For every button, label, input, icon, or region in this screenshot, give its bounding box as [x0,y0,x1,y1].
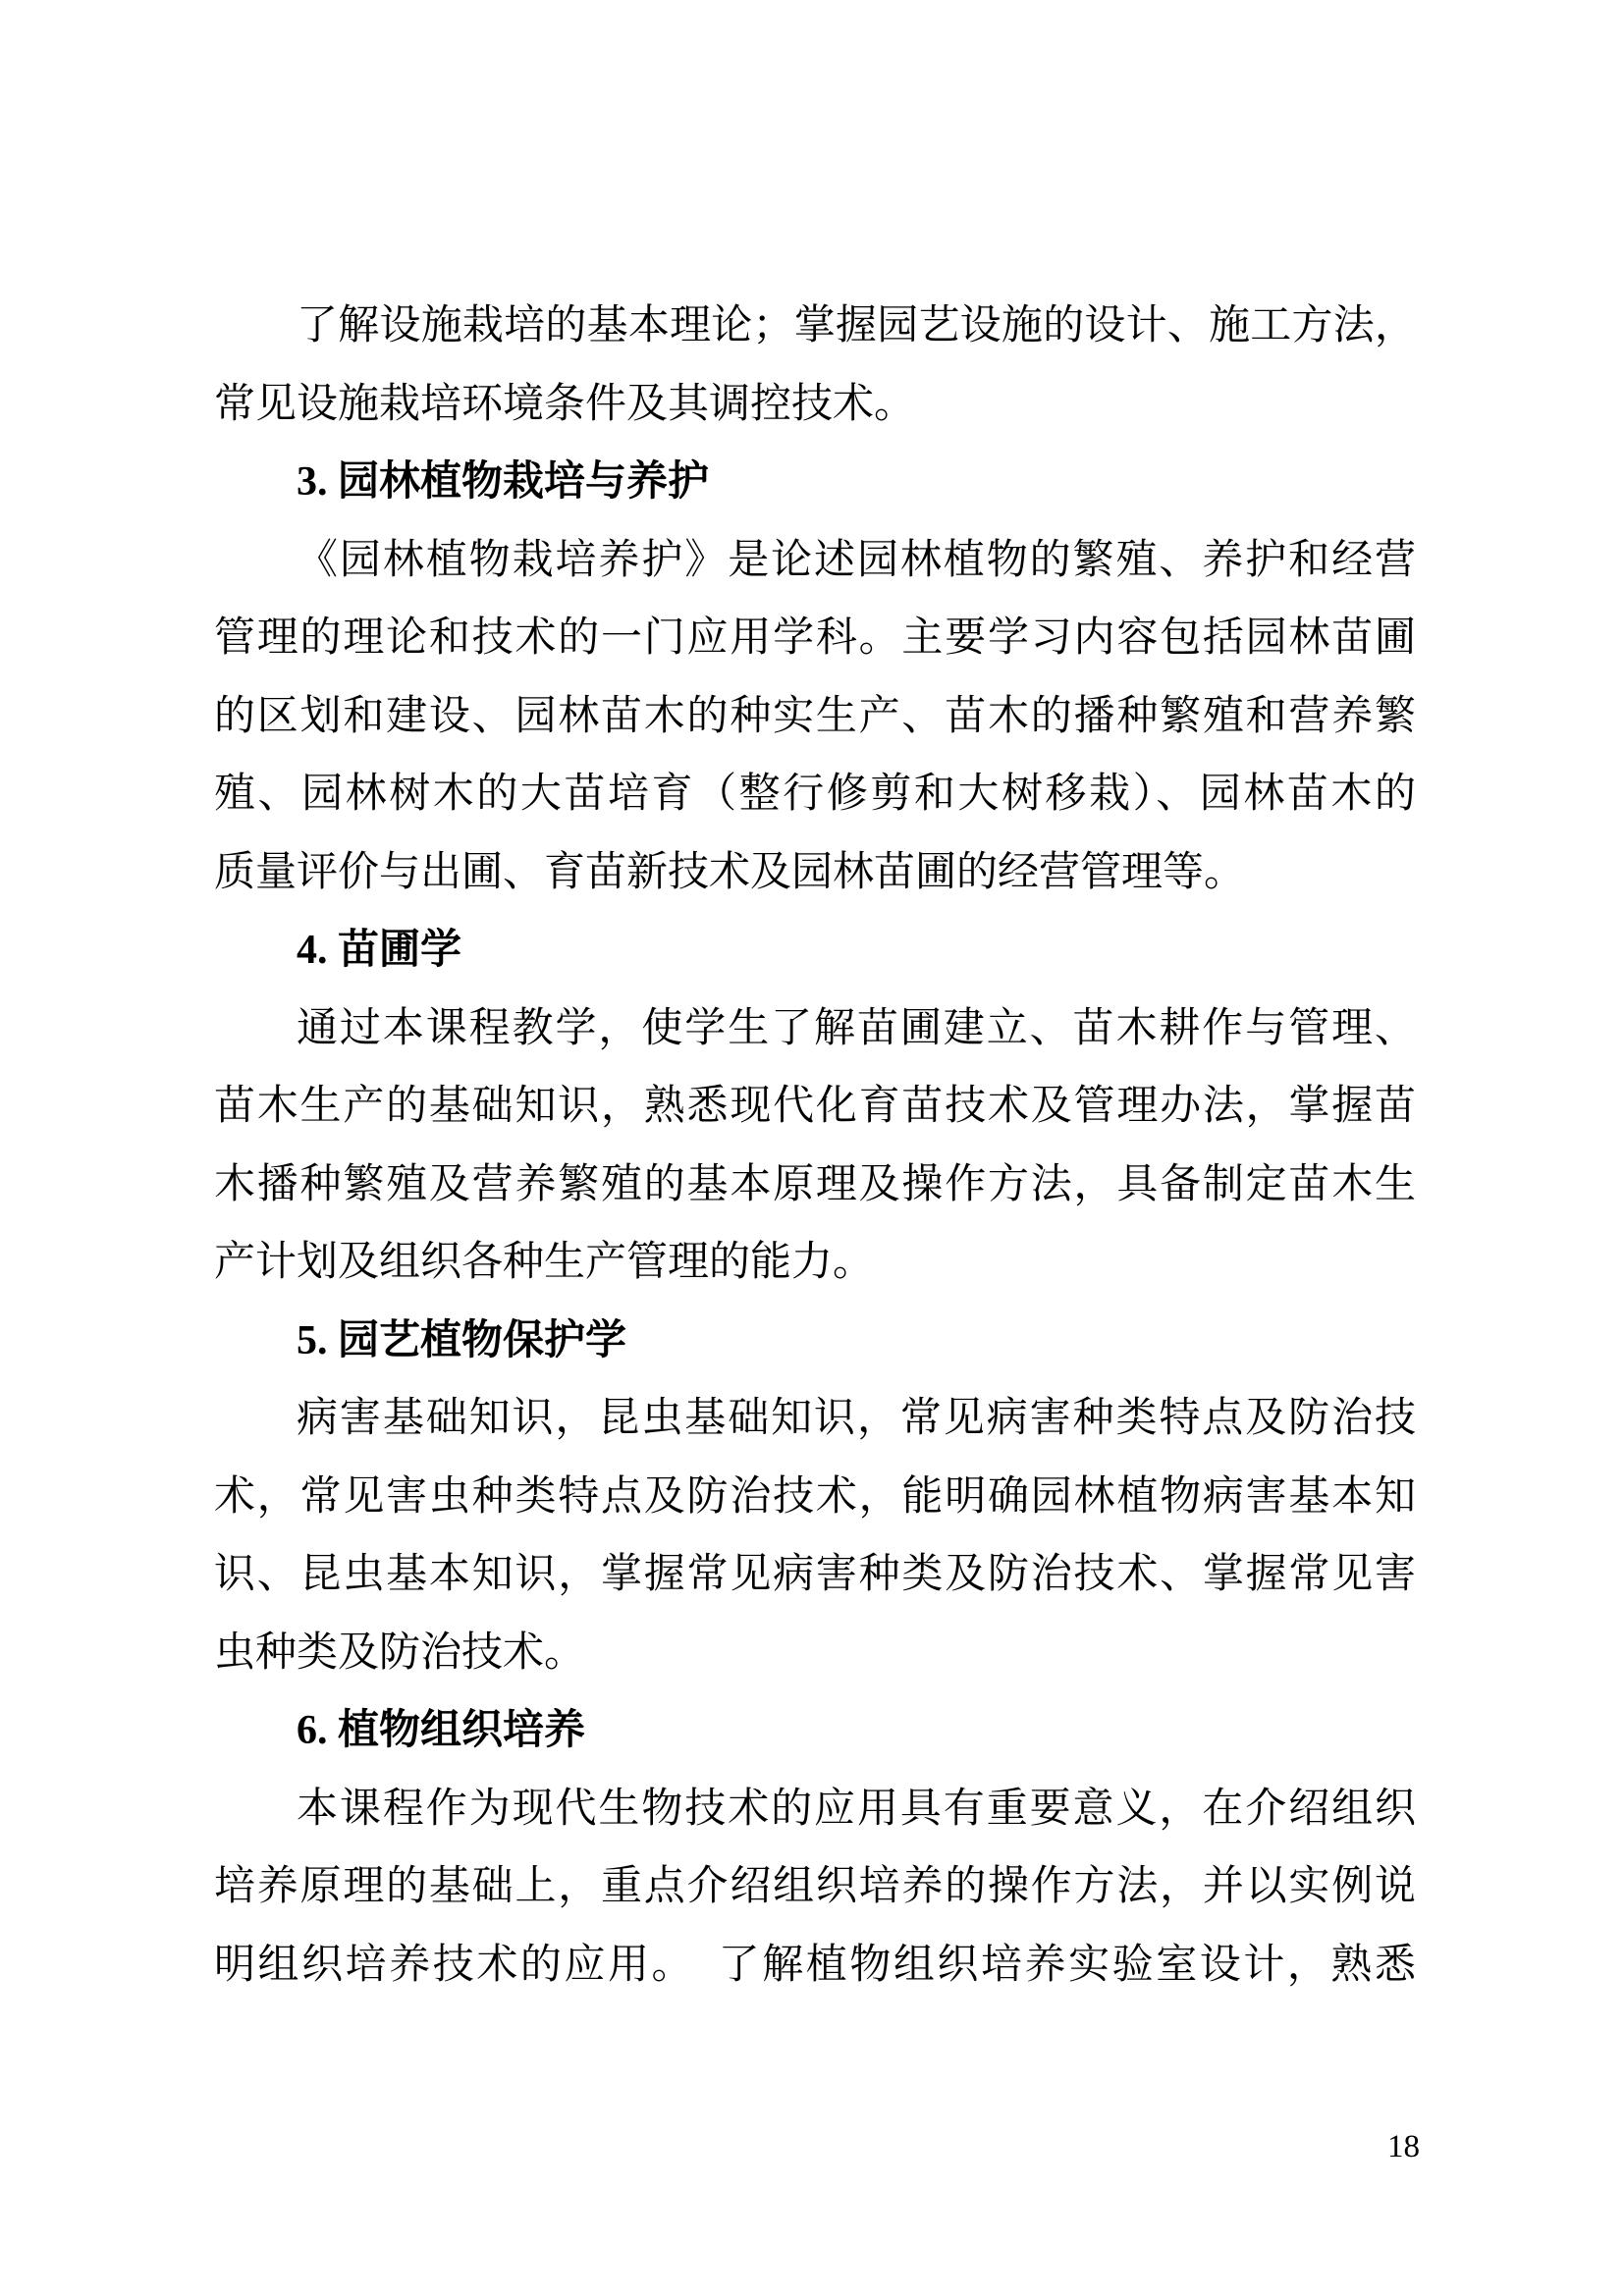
text-line: 殖、园林树木的大苗培育（整行修剪和大树移栽）、园林苗木的 [214,756,1416,834]
heading-line: 6. 植物组织培养 [214,1692,1416,1771]
text-line: 识、昆虫基本知识，掌握常见病害种类及防治技术、掌握常见害 [214,1536,1416,1615]
text-line: 了解设施栽培的基本理论；掌握园艺设施的设计、施工方法， [214,288,1416,366]
document-page: 了解设施栽培的基本理论；掌握园艺设施的设计、施工方法，常见设施栽培环境条件及其调… [0,0,1624,2296]
course-heading: 5. 园艺植物保护学 [214,1303,1416,1381]
text-line: 虫种类及防治技术。 [214,1615,1416,1693]
text-line: 木播种繁殖及营养繁殖的基本原理及操作方法，具备制定苗木生 [214,1147,1416,1225]
text-line: 通过本课程教学，使学生了解苗圃建立、苗木耕作与管理、 [214,990,1416,1069]
text-line: 明组织培养技术的应用。 了解植物组织培养实验室设计，熟悉 [214,1927,1416,2005]
course-heading: 6. 植物组织培养 [214,1692,1416,1771]
text-line: 《园林植物栽培养护》是论述园林植物的繁殖、养护和经营 [214,522,1416,601]
text-line: 术，常见害虫种类特点及防治技术，能明确园林植物病害基本知 [214,1459,1416,1537]
text-line: 苗木生产的基础知识，熟悉现代化育苗技术及管理办法，掌握苗 [214,1068,1416,1147]
paragraph: 《园林植物栽培养护》是论述园林植物的繁殖、养护和经营管理的理论和技术的一门应用学… [214,522,1416,913]
text-line: 管理的理论和技术的一门应用学科。主要学习内容包括园林苗圃 [214,600,1416,678]
heading-line: 5. 园艺植物保护学 [214,1303,1416,1381]
text-line: 常见设施栽培环境条件及其调控技术。 [214,366,1416,445]
page-number: 18 [1387,2130,1420,2163]
text-line: 的区划和建设、园林苗木的种实生产、苗木的播种繁殖和营养繁 [214,678,1416,757]
text-line: 本课程作为现代生物技术的应用具有重要意义，在介绍组织 [214,1771,1416,1849]
paragraph: 本课程作为现代生物技术的应用具有重要意义，在介绍组织培养原理的基础上，重点介绍组… [214,1771,1416,2005]
heading-line: 3. 园林植物栽培与养护 [214,444,1416,522]
document-content: 了解设施栽培的基本理论；掌握园艺设施的设计、施工方法，常见设施栽培环境条件及其调… [214,288,1416,2004]
text-line: 质量评价与出圃、育苗新技术及园林苗圃的经营管理等。 [214,834,1416,913]
course-heading: 3. 园林植物栽培与养护 [214,444,1416,522]
text-line: 产计划及组织各种生产管理的能力。 [214,1224,1416,1303]
paragraph: 了解设施栽培的基本理论；掌握园艺设施的设计、施工方法，常见设施栽培环境条件及其调… [214,288,1416,444]
heading-line: 4. 苗圃学 [214,912,1416,990]
text-line: 病害基础知识，昆虫基础知识，常见病害种类特点及防治技 [214,1380,1416,1459]
paragraph: 通过本课程教学，使学生了解苗圃建立、苗木耕作与管理、苗木生产的基础知识，熟悉现代… [214,990,1416,1303]
paragraph: 病害基础知识，昆虫基础知识，常见病害种类特点及防治技术，常见害虫种类特点及防治技… [214,1380,1416,1692]
text-line: 培养原理的基础上，重点介绍组织培养的操作方法，并以实例说 [214,1848,1416,1927]
course-heading: 4. 苗圃学 [214,912,1416,990]
